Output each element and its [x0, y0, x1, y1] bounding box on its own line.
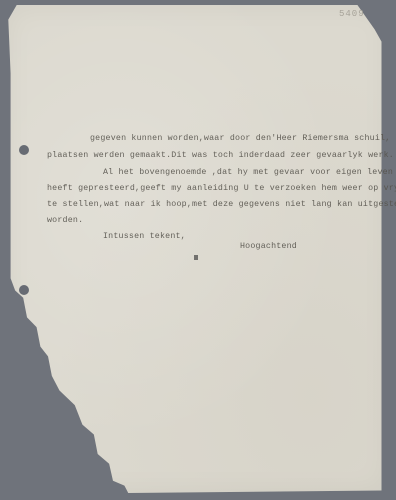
archive-number: 5409: [339, 9, 365, 19]
ink-mark: [194, 255, 198, 260]
closing-line: Intussen tekent,: [103, 232, 186, 241]
body-line-2: plaatsen werden gemaakt.Dit was toch ind…: [47, 151, 394, 160]
letter-page: [6, 5, 388, 493]
body-line-4: heeft gepresteerd,geeft my aanleiding U …: [47, 184, 396, 193]
punch-hole-top: [19, 145, 29, 155]
signature-line: Hoogachtend: [240, 242, 297, 251]
body-line-5: te stellen,wat naar ik hoop,met deze geg…: [47, 200, 396, 209]
body-line-3: Al het bovengenoemde ,dat hy met gevaar …: [103, 168, 393, 177]
body-line-1: gegeven kunnen worden,waar door den'Heer…: [90, 134, 390, 143]
body-line-6: worden.: [47, 216, 83, 225]
punch-hole-bottom: [19, 285, 29, 295]
